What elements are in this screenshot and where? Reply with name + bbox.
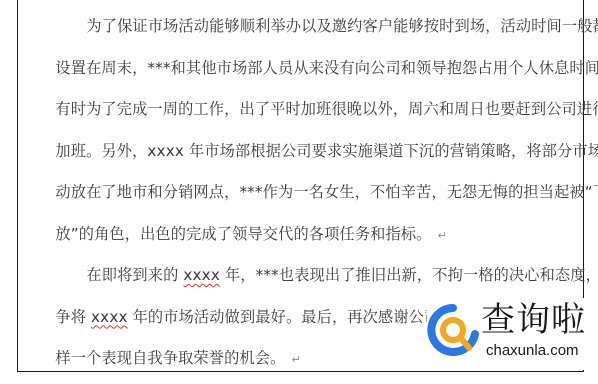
text-run: 争将 (55, 308, 91, 326)
text-run: 放”的角色，出色的完成了领导交代的各项任务和指标。 (55, 225, 431, 243)
spellcheck-flagged-word[interactable]: xxxx (91, 308, 128, 326)
text-line: 为了保证市场活动能够顺利举办以及邀约客户能够按时到场，活动时间一般都 (25, 6, 577, 48)
text-line: 在即将到来的 xxxx 年，***也表现出了推旧出新，不拘一格的决心和态度，力 (25, 255, 577, 297)
text-run: 在即将到来的 (86, 266, 183, 284)
watermark-logo: 查询啦 chaxunla.com (427, 298, 587, 370)
text-run: 样一个表现自我争取荣誉的机会。 (55, 349, 285, 367)
spellcheck-flagged-word[interactable]: xxxx (183, 266, 220, 284)
text-line: 设置在周末，***和其他市场部人员从来没有向公司和领导抱怨占用个人休息时间， (25, 48, 577, 90)
text-run: 年的市场活动做到最好。最后，再次感谢公司领导 (128, 308, 470, 326)
text-line: 有时为了完成一周的工作，出了平时加班很晚以外，周六和周日也要赶到公司进行 (25, 89, 577, 131)
paragraph-1[interactable]: 为了保证市场活动能够顺利举办以及邀约客户能够按时到场，活动时间一般都 设置在周末… (25, 6, 577, 255)
magnifier-logo-icon (427, 304, 479, 356)
paragraph-mark-icon: ↵ (438, 229, 447, 242)
text-line: 加班。另外，xxxx 年市场部根据公司要求实施渠道下沉的营销策略，将部分市场活 (25, 131, 577, 173)
watermark-domain: chaxunla.com (486, 342, 579, 360)
text-run: 年，***也表现出了推旧出新，不拘一格的决心和态度，力 (220, 266, 598, 284)
text-line: 动放在了地市和分销网点，***作为一名女生，不怕辛苦，无怨无悔的担当起被“下 (25, 172, 577, 214)
watermark-name: 查询啦 (481, 298, 586, 342)
paragraph-mark-icon: ↵ (291, 353, 300, 366)
text-line-last: 放”的角色，出色的完成了领导交代的各项任务和指标。↵ (25, 214, 577, 256)
